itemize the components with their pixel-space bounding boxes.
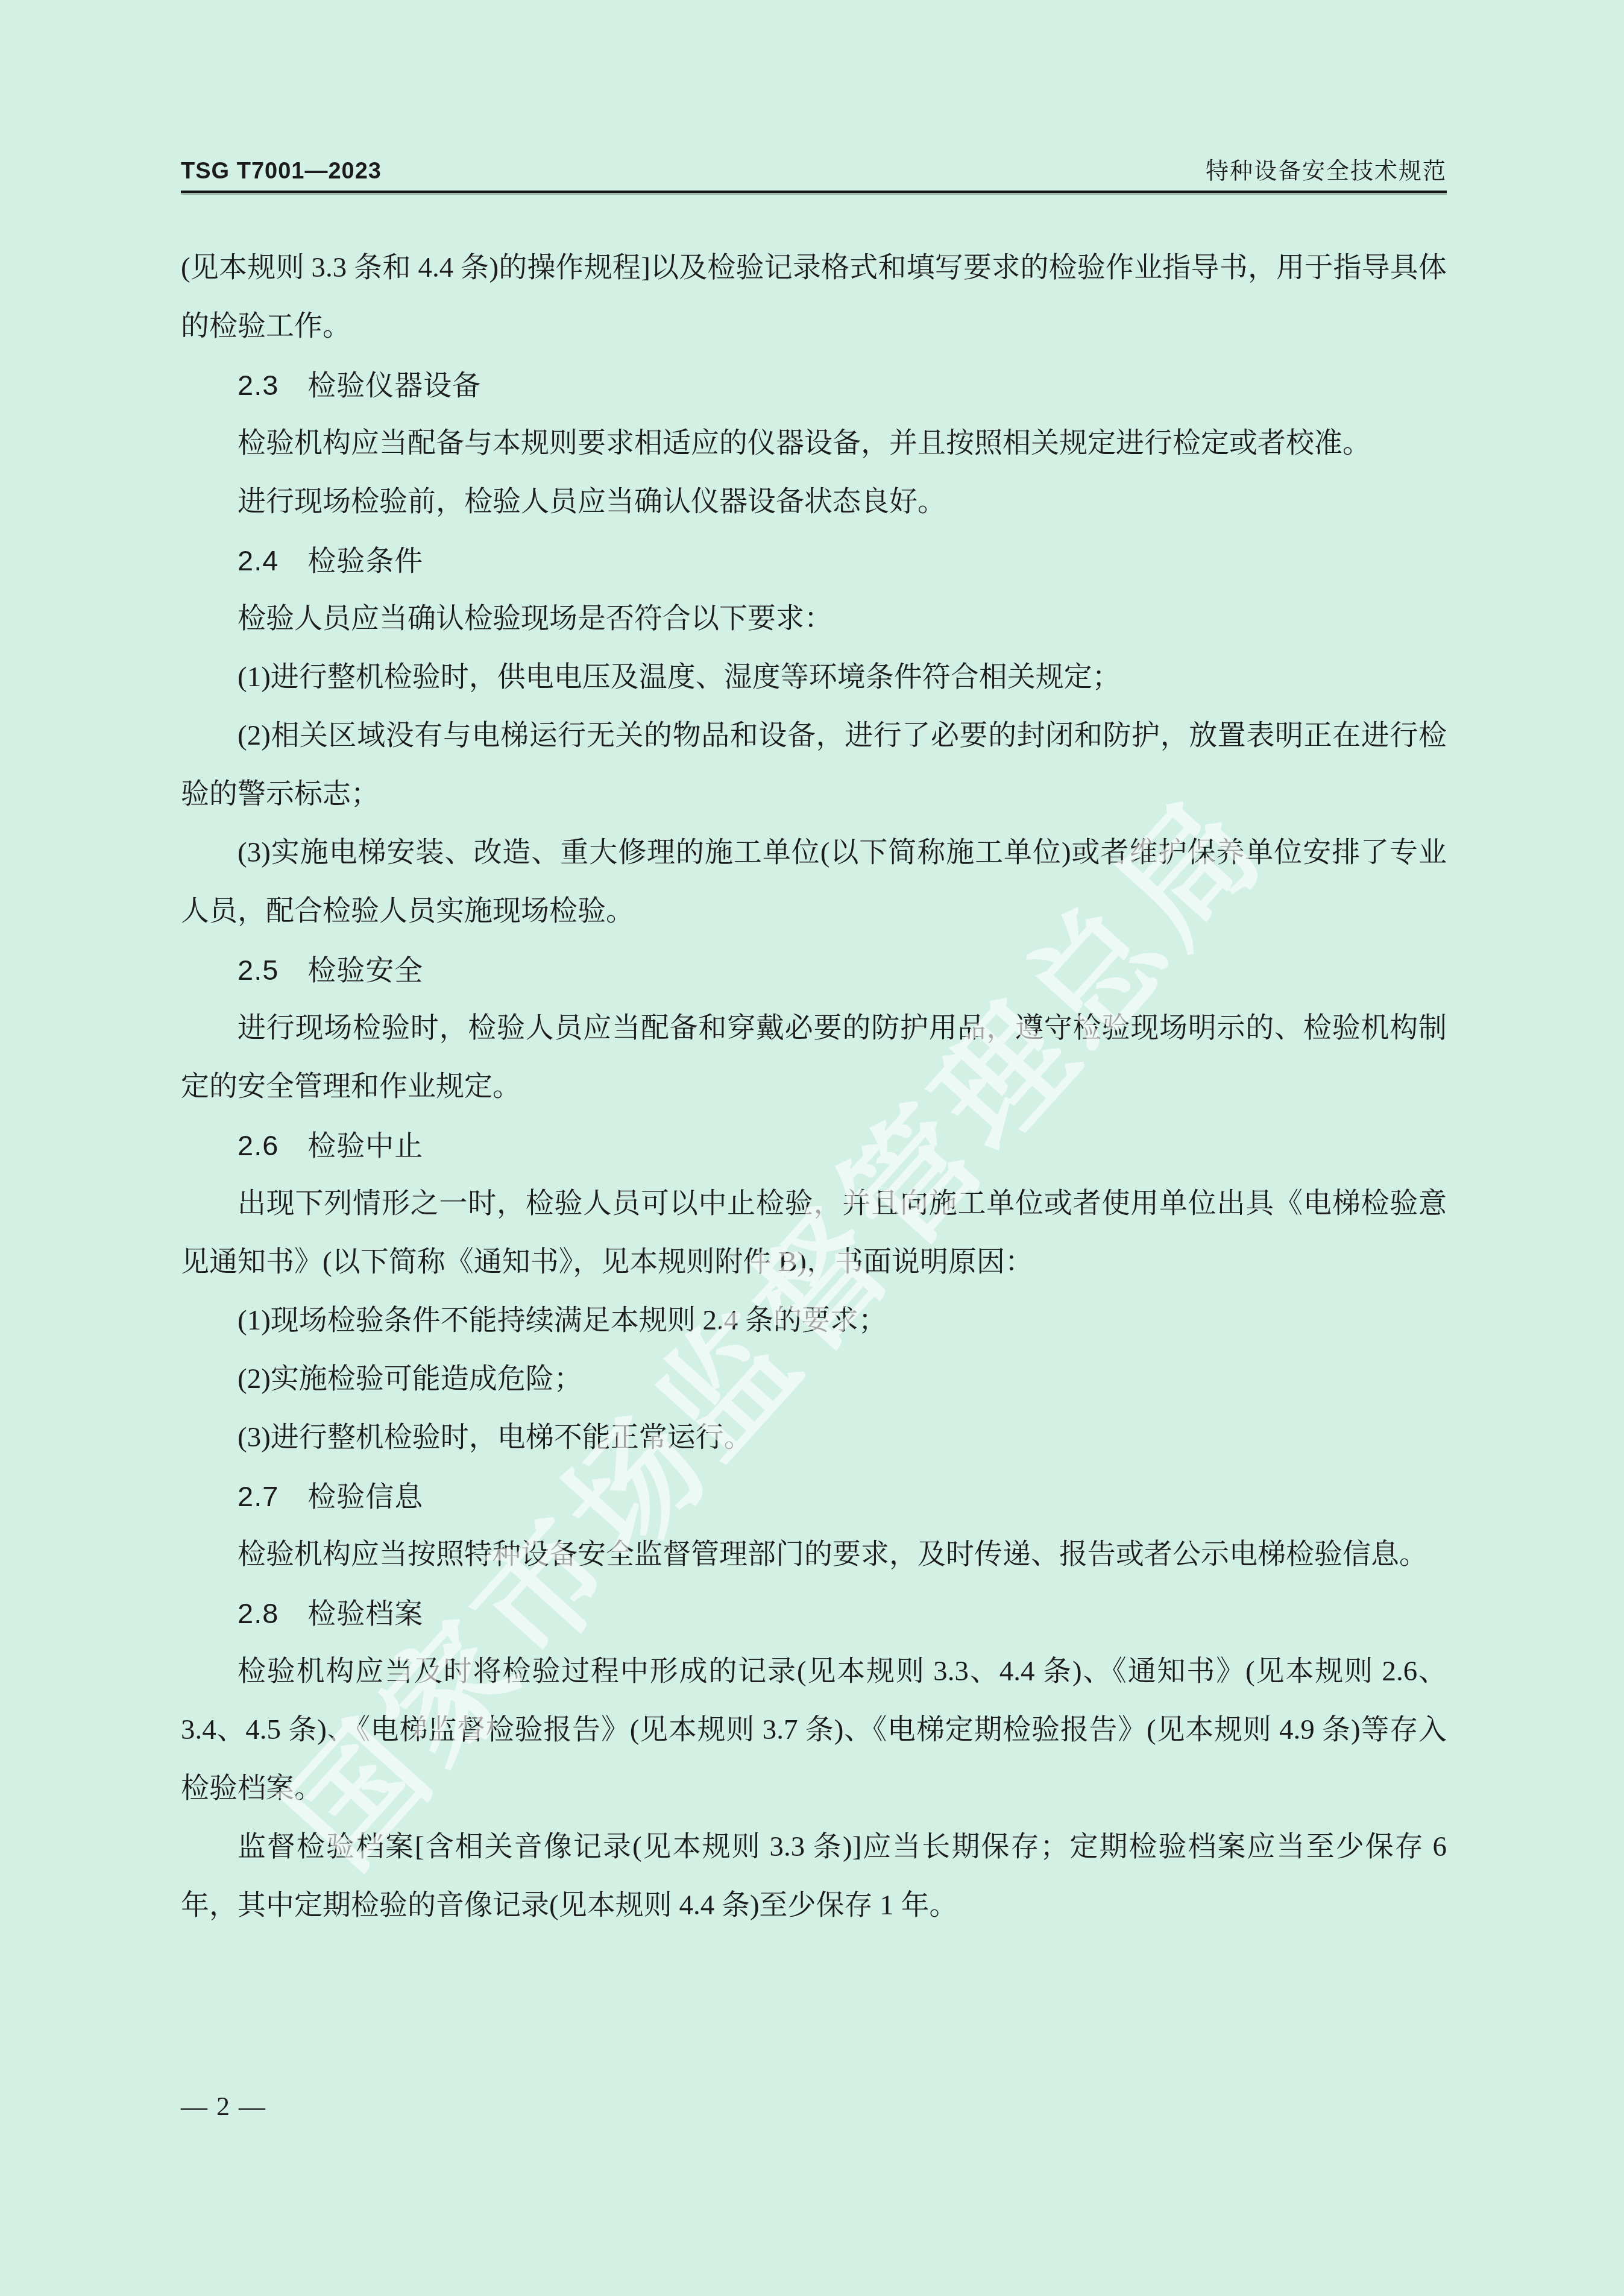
paragraph: (1)现场检验条件不能持续满足本规则 2.4 条的要求； [181,1291,1447,1350]
paragraph: (3)实施电梯安装、改造、重大修理的施工单位(以下简称施工单位)或者维护保养单位… [181,824,1447,941]
paragraph: (3)进行整机检验时，电梯不能正常运行。 [181,1408,1447,1467]
document-code: TSG T7001—2023 [181,159,382,184]
document-body: (见本规则 3.3 条和 4.4 条)的操作规程]以及检验记录格式和填写要求的检… [181,239,1447,1935]
paragraph: 检验机构应当配备与本规则要求相适应的仪器设备，并且按照相关规定进行检定或者校准。 [181,414,1447,473]
section-heading: 2.8 检验档案 [181,1584,1447,1642]
section-heading: 2.5 检验安全 [181,941,1447,999]
paragraph: 监督检验档案[含相关音像记录(见本规则 3.3 条)]应当长期保存；定期检验档案… [181,1818,1447,1935]
document-category-title: 特种设备安全技术规范 [1206,152,1447,185]
page-header: TSG T7001—2023 特种设备安全技术规范 [181,152,1447,185]
paragraph: (2)实施检验可能造成危险； [181,1350,1447,1408]
paragraph: 检验机构应当按照特种设备安全监督管理部门的要求，及时传递、报告或者公示电梯检验信… [181,1525,1447,1584]
section-heading: 2.4 检验条件 [181,531,1447,590]
section-heading: 2.3 检验仪器设备 [181,356,1447,414]
paragraph: 进行现场检验时，检验人员应当配备和穿戴必要的防护用品，遵守检验现场明示的、检验机… [181,999,1447,1116]
page-footer: — 2 — [181,2091,266,2122]
paragraph: 检验机构应当及时将检验过程中形成的记录(见本规则 3.3、4.4 条)、《通知书… [181,1642,1447,1818]
paragraph: (2)相关区域没有与电梯运行无关的物品和设备，进行了必要的封闭和防护，放置表明正… [181,707,1447,824]
paragraph: 检验人员应当确认检验现场是否符合以下要求： [181,590,1447,648]
paragraph: (见本规则 3.3 条和 4.4 条)的操作规程]以及检验记录格式和填写要求的检… [181,239,1447,356]
section-heading: 2.7 检验信息 [181,1467,1447,1525]
document-page: 国家市场监督管理总局 TSG T7001—2023 特种设备安全技术规范 (见本… [0,0,1624,2296]
paragraph: (1)进行整机检验时，供电电压及温度、湿度等环境条件符合相关规定； [181,648,1447,707]
header-rule [181,191,1447,193]
paragraph: 进行现场检验前，检验人员应当确认仪器设备状态良好。 [181,473,1447,531]
section-heading: 2.6 检验中止 [181,1116,1447,1175]
paragraph: 出现下列情形之一时，检验人员可以中止检验，并且向施工单位或者使用单位出具《电梯检… [181,1175,1447,1291]
page-number: — 2 — [181,2092,266,2121]
